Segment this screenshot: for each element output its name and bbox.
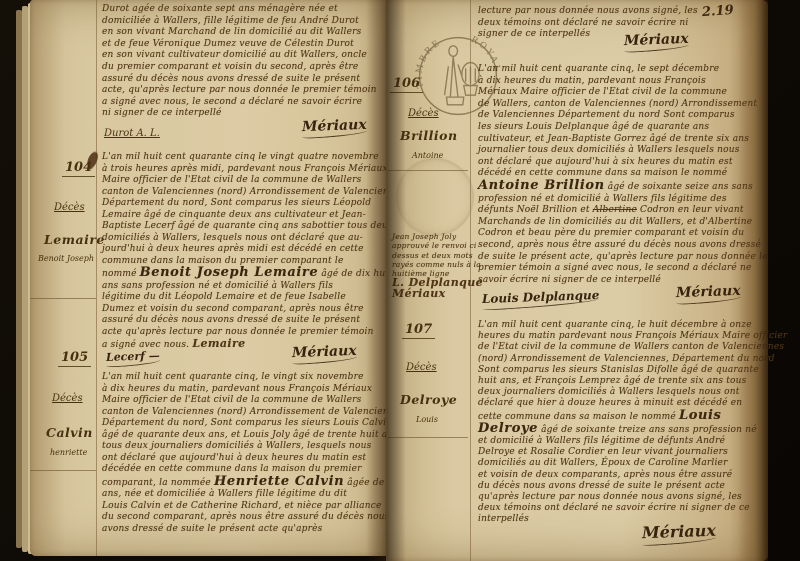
text-line: Département du nord, Sont comparus les s… — [102, 418, 384, 430]
text-segment: signer de ce interpellés — [478, 29, 590, 39]
deces-label-104: Décès — [54, 202, 85, 213]
text-segment: Albertine — [593, 205, 637, 215]
text-line: Dumez et voisin du second comparant, apr… — [102, 304, 384, 316]
text-line: du décès nous avons dressé de suite le p… — [478, 481, 756, 492]
text-line: ans, née et domiciliée à Wallers fille l… — [102, 489, 384, 501]
text-line: assuré du décès nous avons dressé de sui… — [102, 315, 384, 327]
stamp-figure — [445, 46, 480, 105]
given-name-benoit-joseph: Benoit Joseph — [38, 254, 94, 263]
text-segment: Henriette Calvin — [214, 474, 344, 489]
text-line: de Valenciennes Département du nord Sont… — [478, 110, 756, 122]
right-page: TIMBRE ROYAL 106 Décès Brillion Antoine … — [386, 0, 768, 561]
text-segment: du décès nous avons dressé de suite le p… — [478, 481, 725, 491]
text-line: nommé Benoit Joseph Lemaire âgé de dix h… — [102, 267, 384, 281]
text-segment: Codron en leur vivant — [637, 205, 744, 215]
text-segment: en son vivant cultivateur domicilié au d… — [102, 50, 367, 60]
text-segment: les sieurs Louis Delplanque âgé de quara… — [478, 122, 709, 132]
deces-label-107: Décès — [406, 362, 437, 373]
record-number-104: 104 — [62, 160, 95, 177]
text-segment: en son vivant Marchand de lin domicilié … — [102, 27, 361, 37]
text-segment: a signé avec nous, le second a déclaré n… — [102, 97, 362, 107]
margin-divider — [30, 298, 96, 299]
text-segment: du second comparant, après nous être ass… — [102, 512, 390, 522]
text-segment: L'an mil huit cent quarante cinq, le sep… — [478, 64, 719, 74]
text-line: acte, qu'après lecture par nous donnée l… — [102, 85, 382, 97]
text-segment: canton de Valenciennes (nord) Arrondisse… — [102, 187, 405, 197]
text-segment: ni signer de ce interpellé — [102, 108, 222, 118]
signature-meriaux: Mériaux — [624, 31, 689, 52]
given-name-henriette: henriette — [50, 448, 87, 457]
text-segment: âgé de soixante treize ans sans professi… — [538, 425, 757, 435]
text-line: Lemaire âgé de cinquante deux ans cultiv… — [102, 210, 384, 222]
text-line: Louis Calvin et de Catherine Richard, et… — [102, 501, 384, 513]
surname-lemaire: Lemaire — [44, 232, 105, 247]
text-segment: Durot agée de soixante sept ans ménagère… — [102, 4, 338, 14]
text-segment: tous deux journaliers domiciliés à Walle… — [102, 441, 371, 451]
text-line: deux journaliers domiciliés à Wallers le… — [478, 387, 756, 398]
text-segment: ont déclaré que aujourd'hui à six heures… — [478, 157, 733, 167]
text-line: les sieurs Louis Delplanque âgé de quara… — [478, 122, 756, 134]
text-line: L'an mil huit cent quarante cinq, le hui… — [478, 320, 756, 331]
text-line: Marchands de lin domiciliés au dit Walle… — [478, 217, 756, 229]
text-segment: assuré du décès nous avons dressé de sui… — [102, 74, 360, 84]
text-line: a signé avec nous, le second a déclaré n… — [102, 97, 382, 109]
given-name-louis: Louis — [416, 415, 438, 424]
deces-label-105: Décès — [52, 393, 83, 404]
text-segment: décédée en cette commune dans la maison … — [102, 464, 362, 474]
signature-meriaux: Mériaux — [642, 521, 717, 546]
record-number-105: 105 — [58, 350, 91, 367]
text-line: et de feue Véronique Dumez veuve de Céle… — [102, 39, 382, 51]
text-segment: Louis — [679, 408, 722, 423]
text-segment: Delroye et Rosalie Cordier en leur vivan… — [478, 447, 728, 457]
text-segment: à trois heures après midi, pardevant nou… — [102, 164, 388, 174]
text-line: Département du nord, Sont comparus les s… — [102, 198, 384, 210]
text-line: canton de Valenciennes (nord) Arrondisse… — [102, 407, 384, 419]
signature-delplanque: Louis Delplanque — [482, 288, 600, 309]
text-line: domiciliés au dit Wallers, Époux de Caro… — [478, 458, 756, 469]
text-segment: ans, née et domiciliée à Wallers fille l… — [102, 489, 347, 499]
text-segment: de Wallers, canton de Valenciennes (nord… — [478, 99, 757, 109]
text-line: avons dressé de suite le présent acte qu… — [102, 524, 384, 536]
text-segment: âgé de quarante deux ans, et Louis Joly … — [102, 430, 398, 440]
text-segment: commune dans la maison du premier compar… — [102, 256, 343, 266]
text-segment: Mériaux Maire officier de l'Etat civil d… — [478, 87, 727, 97]
text-line: de l'Etat civil de la commune de Wallers… — [478, 342, 756, 353]
text-segment: Antoine Brillion — [478, 178, 605, 193]
text-segment: Département du nord, Sont comparus les s… — [102, 198, 371, 208]
text-segment: ont déclaré que aujourd'hui à deux heure… — [102, 453, 366, 463]
text-segment: et de feue Véronique Dumez veuve de Céle… — [102, 39, 354, 49]
text-segment: de l'Etat civil de la commune de Wallers… — [478, 342, 784, 352]
text-segment: (nord) Arrondissement de Valenciennes, D… — [478, 354, 775, 364]
text-line: premier témoin a signé avec nous, le sec… — [478, 263, 756, 275]
text-line: en son vivant cultivateur domicilié au d… — [102, 50, 382, 62]
text-segment: domiciliée à Wallers, fille légitime de … — [102, 16, 359, 26]
text-segment: huit ans, et François Lemprez âgé de tre… — [478, 376, 746, 386]
text-line: domiciliés à Wallers, lesquels nous ont … — [102, 233, 384, 245]
text-line: Maire officier de l'Etat civil de la com… — [102, 395, 384, 407]
text-line: Delroye et Rosalie Cordier en leur vivan… — [478, 447, 756, 458]
corner-notation: 2.19 — [702, 3, 735, 20]
text-segment: défunts Noël Brillion et — [478, 205, 593, 215]
text-line: de Wallers, canton de Valenciennes (nord… — [478, 99, 756, 111]
text-segment: Maire officier de l'Etat civil de la com… — [102, 175, 361, 185]
text-line: L'an mil huit cent quarante cinq le ving… — [102, 152, 384, 164]
act-107-text: L'an mil huit cent quarante cinq, le hui… — [478, 320, 756, 526]
text-line: à trois heures après midi, pardevant nou… — [102, 164, 384, 176]
text-segment: acte qu'après lecture par nous donnée le… — [102, 327, 374, 337]
text-segment: qu'après lecture par nous donnée nous av… — [478, 492, 742, 502]
text-line: assuré du décès nous avons dressé de sui… — [102, 74, 382, 86]
text-segment: et voisin de deux comparants, après nous… — [478, 470, 732, 480]
text-line: comparant, la nommée Henriette Calvin âg… — [102, 476, 384, 490]
text-line: défunts Noël Brillion et Albertine Codro… — [478, 205, 756, 217]
text-line: en son vivant Marchand de lin domicilié … — [102, 27, 382, 39]
text-line: ont déclaré que aujourd'hui à deux heure… — [102, 453, 384, 465]
text-segment: de suite le présent acte, qu'après lectu… — [478, 252, 768, 262]
text-segment: deux journaliers domiciliés à Wallers le… — [478, 387, 740, 397]
text-line: Mériaux Maire officier de l'Etat civil d… — [478, 87, 756, 99]
text-segment: canton de Valenciennes (nord) Arrondisse… — [102, 407, 405, 417]
left-page: 104 Décès Lemaire Benoit Joseph 105 Décè… — [30, 0, 386, 556]
text-segment: Marchands de lin domiciliés au dit Walle… — [478, 217, 752, 227]
text-line: Durot agée de soixante sept ans ménagère… — [102, 4, 382, 16]
text-segment: Lemaire âgé de cinquante deux ans cultiv… — [102, 210, 366, 220]
text-segment: deux témoins ont déclaré ne savoir écrir… — [478, 503, 750, 513]
text-segment: heures du matin pardevant nous François … — [478, 331, 787, 341]
text-line: du premier comparant et voisin du second… — [102, 62, 382, 74]
text-segment: journalier tous deux domiciliés à Waller… — [478, 145, 740, 155]
scanned-register-photo: 104 Décès Lemaire Benoit Joseph 105 Décè… — [0, 0, 800, 561]
text-line: signer de ce interpellés — [478, 29, 754, 41]
text-segment: comparant, la nommée — [102, 478, 214, 488]
text-line: heures du matin pardevant nous François … — [478, 331, 756, 342]
text-line: tous deux journaliers domiciliés à Walle… — [102, 441, 384, 453]
text-segment: jourd'hui à deux heures après midi est d… — [102, 244, 364, 254]
text-segment: Département du nord, Sont comparus les s… — [102, 418, 392, 428]
text-segment: domiciliés au dit Wallers, Époux de Caro… — [478, 458, 728, 468]
text-segment: Lemaire — [192, 337, 245, 350]
text-segment: savoir écrire ni signer de ce interpellé — [478, 275, 661, 285]
text-segment: L'an mil huit cent quarante cinq, le hui… — [478, 320, 752, 330]
text-line: à dix heures du matin, pardevant nous Fr… — [102, 384, 384, 396]
text-line: Delroye âgé de soixante treize ans sans … — [478, 423, 756, 436]
text-line: de suite le présent acte, qu'après lectu… — [478, 252, 756, 264]
given-name-antoine: Antoine — [412, 151, 443, 160]
record-number-107: 107 — [402, 322, 435, 339]
text-line: jourd'hui à deux heures après midi est d… — [102, 244, 384, 256]
text-line: huit ans, et François Lemprez âgé de tre… — [478, 376, 756, 387]
text-line: qu'après lecture par nous donnée nous av… — [478, 492, 756, 503]
surname-delroye: Delroye — [400, 392, 457, 407]
text-segment: de Valenciennes Département du nord Sont… — [478, 110, 735, 120]
text-segment: âgé de soixante seize ans sans — [605, 182, 753, 192]
text-segment: Benoit Joseph Lemaire — [140, 265, 319, 280]
text-line: L'an mil huit cent quarante cinq, le sep… — [478, 64, 756, 76]
act-104-text: L'an mil huit cent quarante cinq le ving… — [102, 152, 384, 352]
surname-calvin: Calvin — [46, 425, 93, 440]
text-line: à dix heures du matin, pardevant nous Fr… — [478, 76, 756, 88]
text-line: cultivateur, et Jean-Baptiste Gorrez âgé… — [478, 134, 756, 146]
text-line: Baptiste Lecerf âgé de quarante cinq ans… — [102, 221, 384, 233]
text-segment: et domicilié à Wallers fils légitime de … — [478, 436, 725, 446]
text-segment: cultivateur, et Jean-Baptiste Gorrez âgé… — [478, 134, 749, 144]
text-line: ans sans profession né et domicilié à Wa… — [102, 281, 384, 293]
text-line: et voisin de deux comparants, après nous… — [478, 470, 756, 481]
book-gutter-shadow — [366, 0, 406, 561]
text-segment: nommé — [102, 269, 140, 279]
text-line: profession né et domicilié à Wallers fil… — [478, 194, 756, 206]
text-line: deux témoins ont déclaré ne savoir écrir… — [478, 503, 756, 514]
text-line: ont déclaré que aujourd'hui à six heures… — [478, 157, 756, 169]
text-line: âgé de quarante deux ans, et Louis Joly … — [102, 430, 384, 442]
text-segment: domiciliés à Wallers, lesquels nous ont … — [102, 233, 363, 243]
text-segment: Sont comparus les sieurs Stanislas Difol… — [478, 365, 759, 375]
text-segment: lecture par nous donnée nous avons signé… — [478, 6, 698, 16]
text-line: Sont comparus les sieurs Stanislas Difol… — [478, 365, 756, 376]
text-segment: L'an mil huit cent quarante cinq le ving… — [102, 152, 379, 162]
act-fragment-durot: Durot agée de soixante sept ans ménagère… — [102, 4, 382, 120]
text-segment: Baptiste Lecerf âgé de quarante cinq ans… — [102, 221, 393, 231]
text-segment: Louis Calvin et de Catherine Richard, et… — [102, 501, 382, 511]
text-segment: Delroye — [478, 421, 538, 436]
text-segment: Dumez et voisin du second comparant, apr… — [102, 304, 364, 314]
signature-meriaux: Mériaux — [676, 283, 741, 304]
text-segment: décédé en cette commune dans sa maison l… — [478, 168, 727, 178]
act-105-text: L'an mil huit cent quarante cinq, le vin… — [102, 372, 384, 535]
text-segment: interpellés — [478, 514, 529, 524]
text-line: journalier tous deux domiciliés à Waller… — [478, 145, 756, 157]
text-segment: deux témoins ont déclaré ne savoir écrir… — [478, 18, 688, 28]
text-segment: second, après nous être assuré du décès … — [478, 240, 761, 250]
text-line: second, après nous être assuré du décès … — [478, 240, 756, 252]
signature-lecerf: Lecerf — — [106, 349, 160, 367]
text-segment: légitime du dit Léopold Lemaire et de fe… — [102, 292, 346, 302]
text-line: Maire officier de l'Etat civil de la com… — [102, 175, 384, 187]
text-segment: à dix heures du matin, pardevant nous Fr… — [478, 76, 706, 86]
text-line: Codron et beau père du premier comparant… — [478, 228, 756, 240]
margin-rule-left — [96, 0, 97, 556]
text-segment: acte, qu'après lecture par nous donnée l… — [102, 85, 377, 95]
signature-meriaux: Mériaux — [302, 117, 367, 138]
text-segment: Maire officier de l'Etat civil de la com… — [102, 395, 361, 405]
text-line: légitime du dit Léopold Lemaire et de fe… — [102, 292, 384, 304]
margin-divider — [30, 470, 96, 471]
text-segment: Codron et beau père du premier comparant… — [478, 228, 744, 238]
text-line: L'an mil huit cent quarante cinq, le vin… — [102, 372, 384, 384]
text-segment: assuré du décès nous avons dressé de sui… — [102, 315, 360, 325]
text-line: canton de Valenciennes (nord) Arrondisse… — [102, 187, 384, 199]
text-line: du second comparant, après nous être ass… — [102, 512, 384, 524]
text-segment: ans sans profession né et domicilié à Wa… — [102, 281, 333, 291]
signature-meriaux: Mériaux — [292, 343, 357, 364]
text-line: domiciliée à Wallers, fille légitime de … — [102, 16, 382, 28]
text-line: Antoine Brillion âgé de soixante seize a… — [478, 180, 756, 194]
act-label-durot: Durot A. L. — [104, 128, 160, 139]
act-106-text: L'an mil huit cent quarante cinq, le sep… — [478, 64, 756, 286]
text-segment: L'an mil huit cent quarante cinq, le vin… — [102, 372, 364, 382]
text-line: et domicilié à Wallers fils légitime de … — [478, 436, 756, 447]
text-segment: avons dressé de suite le présent acte qu… — [102, 524, 323, 534]
deces-label-106: Décès — [408, 108, 439, 119]
text-segment: premier témoin a signé avec nous, le sec… — [478, 263, 752, 273]
text-segment: du premier comparant et voisin du second… — [102, 62, 358, 72]
surname-brillion: Brillion — [400, 128, 458, 143]
text-segment: profession né et domicilié à Wallers fil… — [478, 194, 727, 204]
text-line: (nord) Arrondissement de Valenciennes, D… — [478, 354, 756, 365]
text-segment: à dix heures du matin, pardevant nous Fr… — [102, 384, 372, 394]
